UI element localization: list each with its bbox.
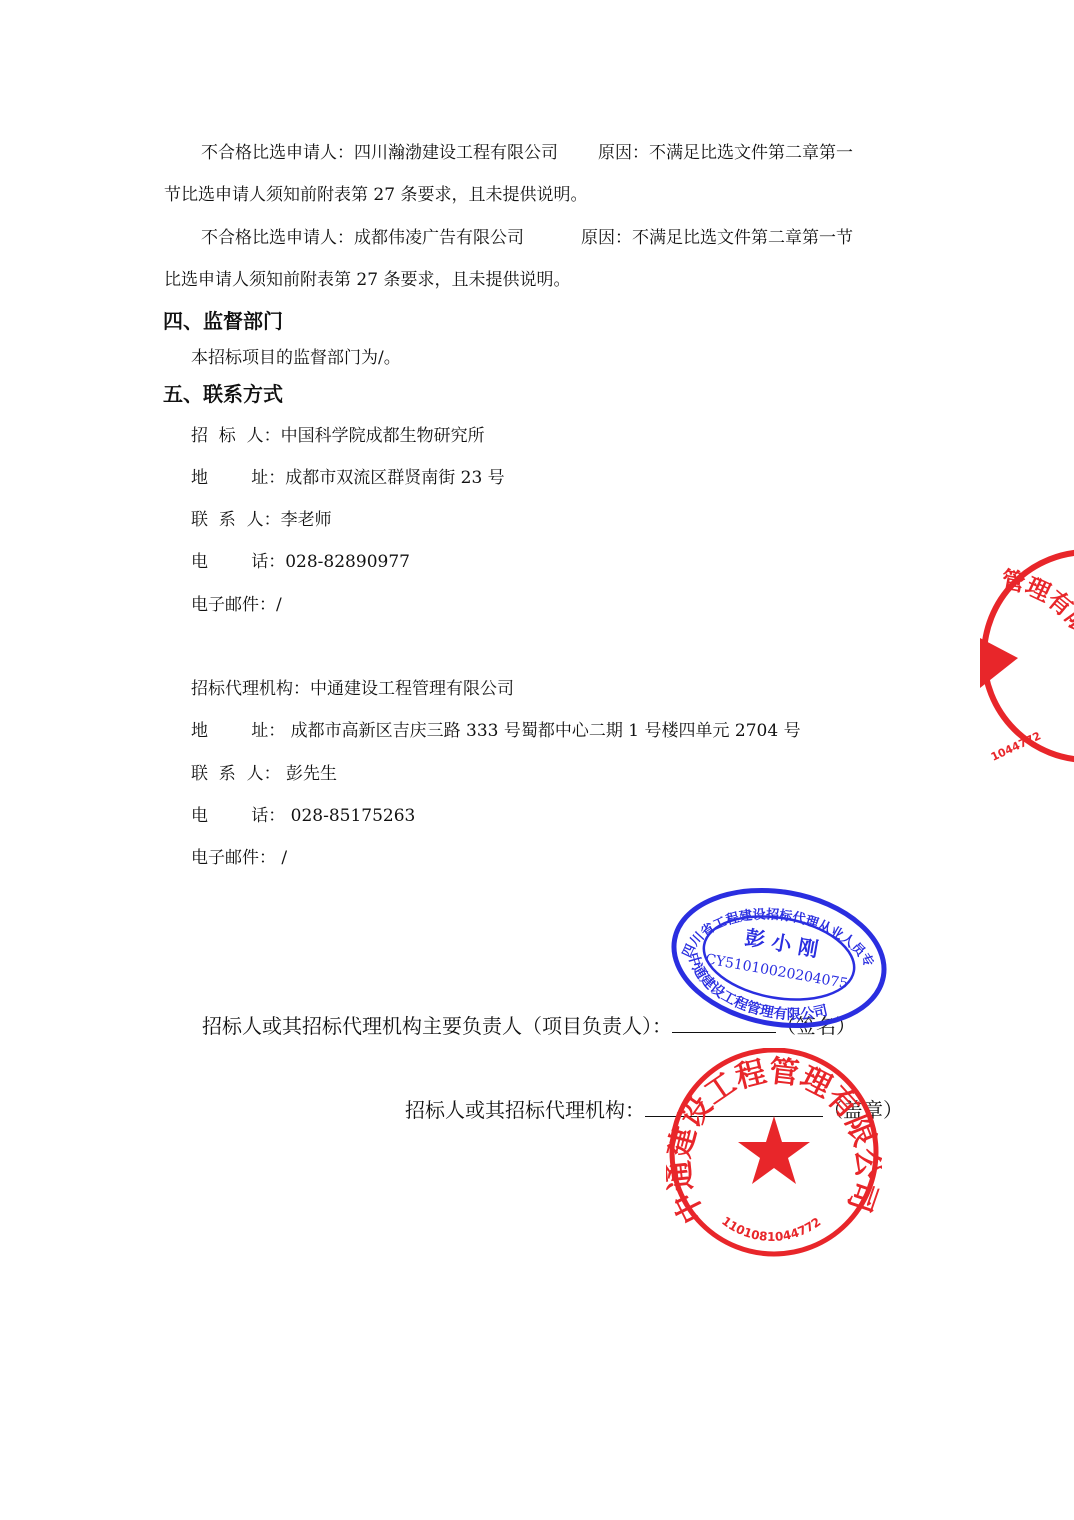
- company-name: 四川瀚渤建设工程有限公司: [354, 143, 558, 163]
- field-value: 成都市高新区吉庆三路 333 号蜀都中心二期 1 号楼四单元 2704 号: [285, 721, 800, 741]
- signature-org-label: 招标人或其招标代理机构：: [405, 1098, 645, 1122]
- tenderer-address-row: 地 址：成都市双流区群贤南街 23 号: [191, 467, 505, 489]
- field-label: 地 址：: [191, 720, 285, 742]
- tenderer-contact-row: 联 系 人：李老师: [191, 509, 332, 531]
- label: 不合格比选申请人：: [201, 228, 354, 248]
- svg-text:1101081044772: 1101081044772: [719, 1214, 823, 1244]
- agency-email-row: 电子邮件： /: [191, 847, 287, 869]
- field-value: 中国科学院成都生物研究所: [281, 426, 485, 446]
- reason: 原因：不满足比选文件第二章第一: [598, 143, 853, 163]
- field-label: 招 标 人：: [191, 425, 281, 447]
- disqualified-2-line2: 比选申请人须知前附表第 27 条要求，且未提供说明。: [164, 269, 570, 291]
- field-value: 028-85175263: [285, 806, 415, 826]
- field-label: 电子邮件：: [191, 847, 276, 869]
- label: 不合格比选申请人：: [201, 143, 354, 163]
- company-seal-icon: 中通建设工程管理有限公司 1101081044772: [666, 1048, 882, 1258]
- company-name: 成都伟凌广告有限公司: [354, 228, 524, 248]
- svg-text:彭 小 刚: 彭 小 刚: [743, 925, 820, 961]
- field-value: 李老师: [281, 510, 332, 530]
- field-label: 电 话：: [191, 551, 285, 573]
- field-label: 地 址：: [191, 467, 285, 489]
- field-value: 中通建设工程管理有限公司: [310, 679, 514, 699]
- tenderer-name-row: 招 标 人：中国科学院成都生物研究所: [191, 425, 485, 447]
- agency-address-row: 地 址： 成都市高新区吉庆三路 333 号蜀都中心二期 1 号楼四单元 2704…: [191, 720, 801, 742]
- disqualified-1-line2: 节比选申请人须知前附表第 27 条要求，且未提供说明。: [164, 184, 587, 206]
- disqualified-1-line1: 不合格比选申请人：四川瀚渤建设工程有限公司原因：不满足比选文件第二章第一: [201, 142, 853, 164]
- field-value: 成都市双流区群贤南街 23 号: [285, 468, 504, 488]
- disqualified-2-line1: 不合格比选申请人：成都伟凌广告有限公司原因：不满足比选文件第二章第一节: [201, 227, 853, 249]
- agency-contact-row: 联 系 人： 彭先生: [191, 763, 337, 785]
- agency-name-row: 招标代理机构：中通建设工程管理有限公司: [191, 678, 514, 700]
- field-value: 028-82890977: [285, 552, 410, 572]
- field-value: /: [276, 595, 282, 615]
- agency-phone-row: 电 话： 028-85175263: [191, 805, 415, 827]
- reason: 原因：不满足比选文件第二章第一节: [581, 228, 853, 248]
- signature-person-label: 招标人或其招标代理机构主要负责人（项目负责人）：: [202, 1014, 672, 1038]
- field-label: 电子邮件：: [191, 594, 276, 616]
- section-4-heading: 四、监督部门: [163, 309, 283, 333]
- field-label: 联 系 人：: [191, 509, 281, 531]
- section-5-heading: 五、联系方式: [163, 382, 283, 406]
- section-4-body: 本招标项目的监督部门为/。: [191, 347, 401, 369]
- field-value: 彭先生: [281, 764, 337, 784]
- field-value: /: [276, 848, 287, 868]
- personal-seal-icon: 四川省工程建设招标代理从业人员专用章 中通建设工程管理有限公司 彭 小 刚 CY…: [668, 884, 890, 1032]
- field-label: 招标代理机构：: [191, 678, 310, 700]
- svg-text:CY51010020204075: CY51010020204075: [704, 951, 849, 992]
- field-label: 电 话：: [191, 805, 285, 827]
- company-seal-partial-icon: 管理有限公司 1044772: [980, 548, 1074, 764]
- tenderer-phone-row: 电 话：028-82890977: [191, 551, 410, 573]
- tenderer-email-row: 电子邮件：/: [191, 594, 282, 616]
- field-label: 联 系 人：: [191, 763, 281, 785]
- svg-text:管理有限公司: 管理有限公司: [999, 566, 1074, 684]
